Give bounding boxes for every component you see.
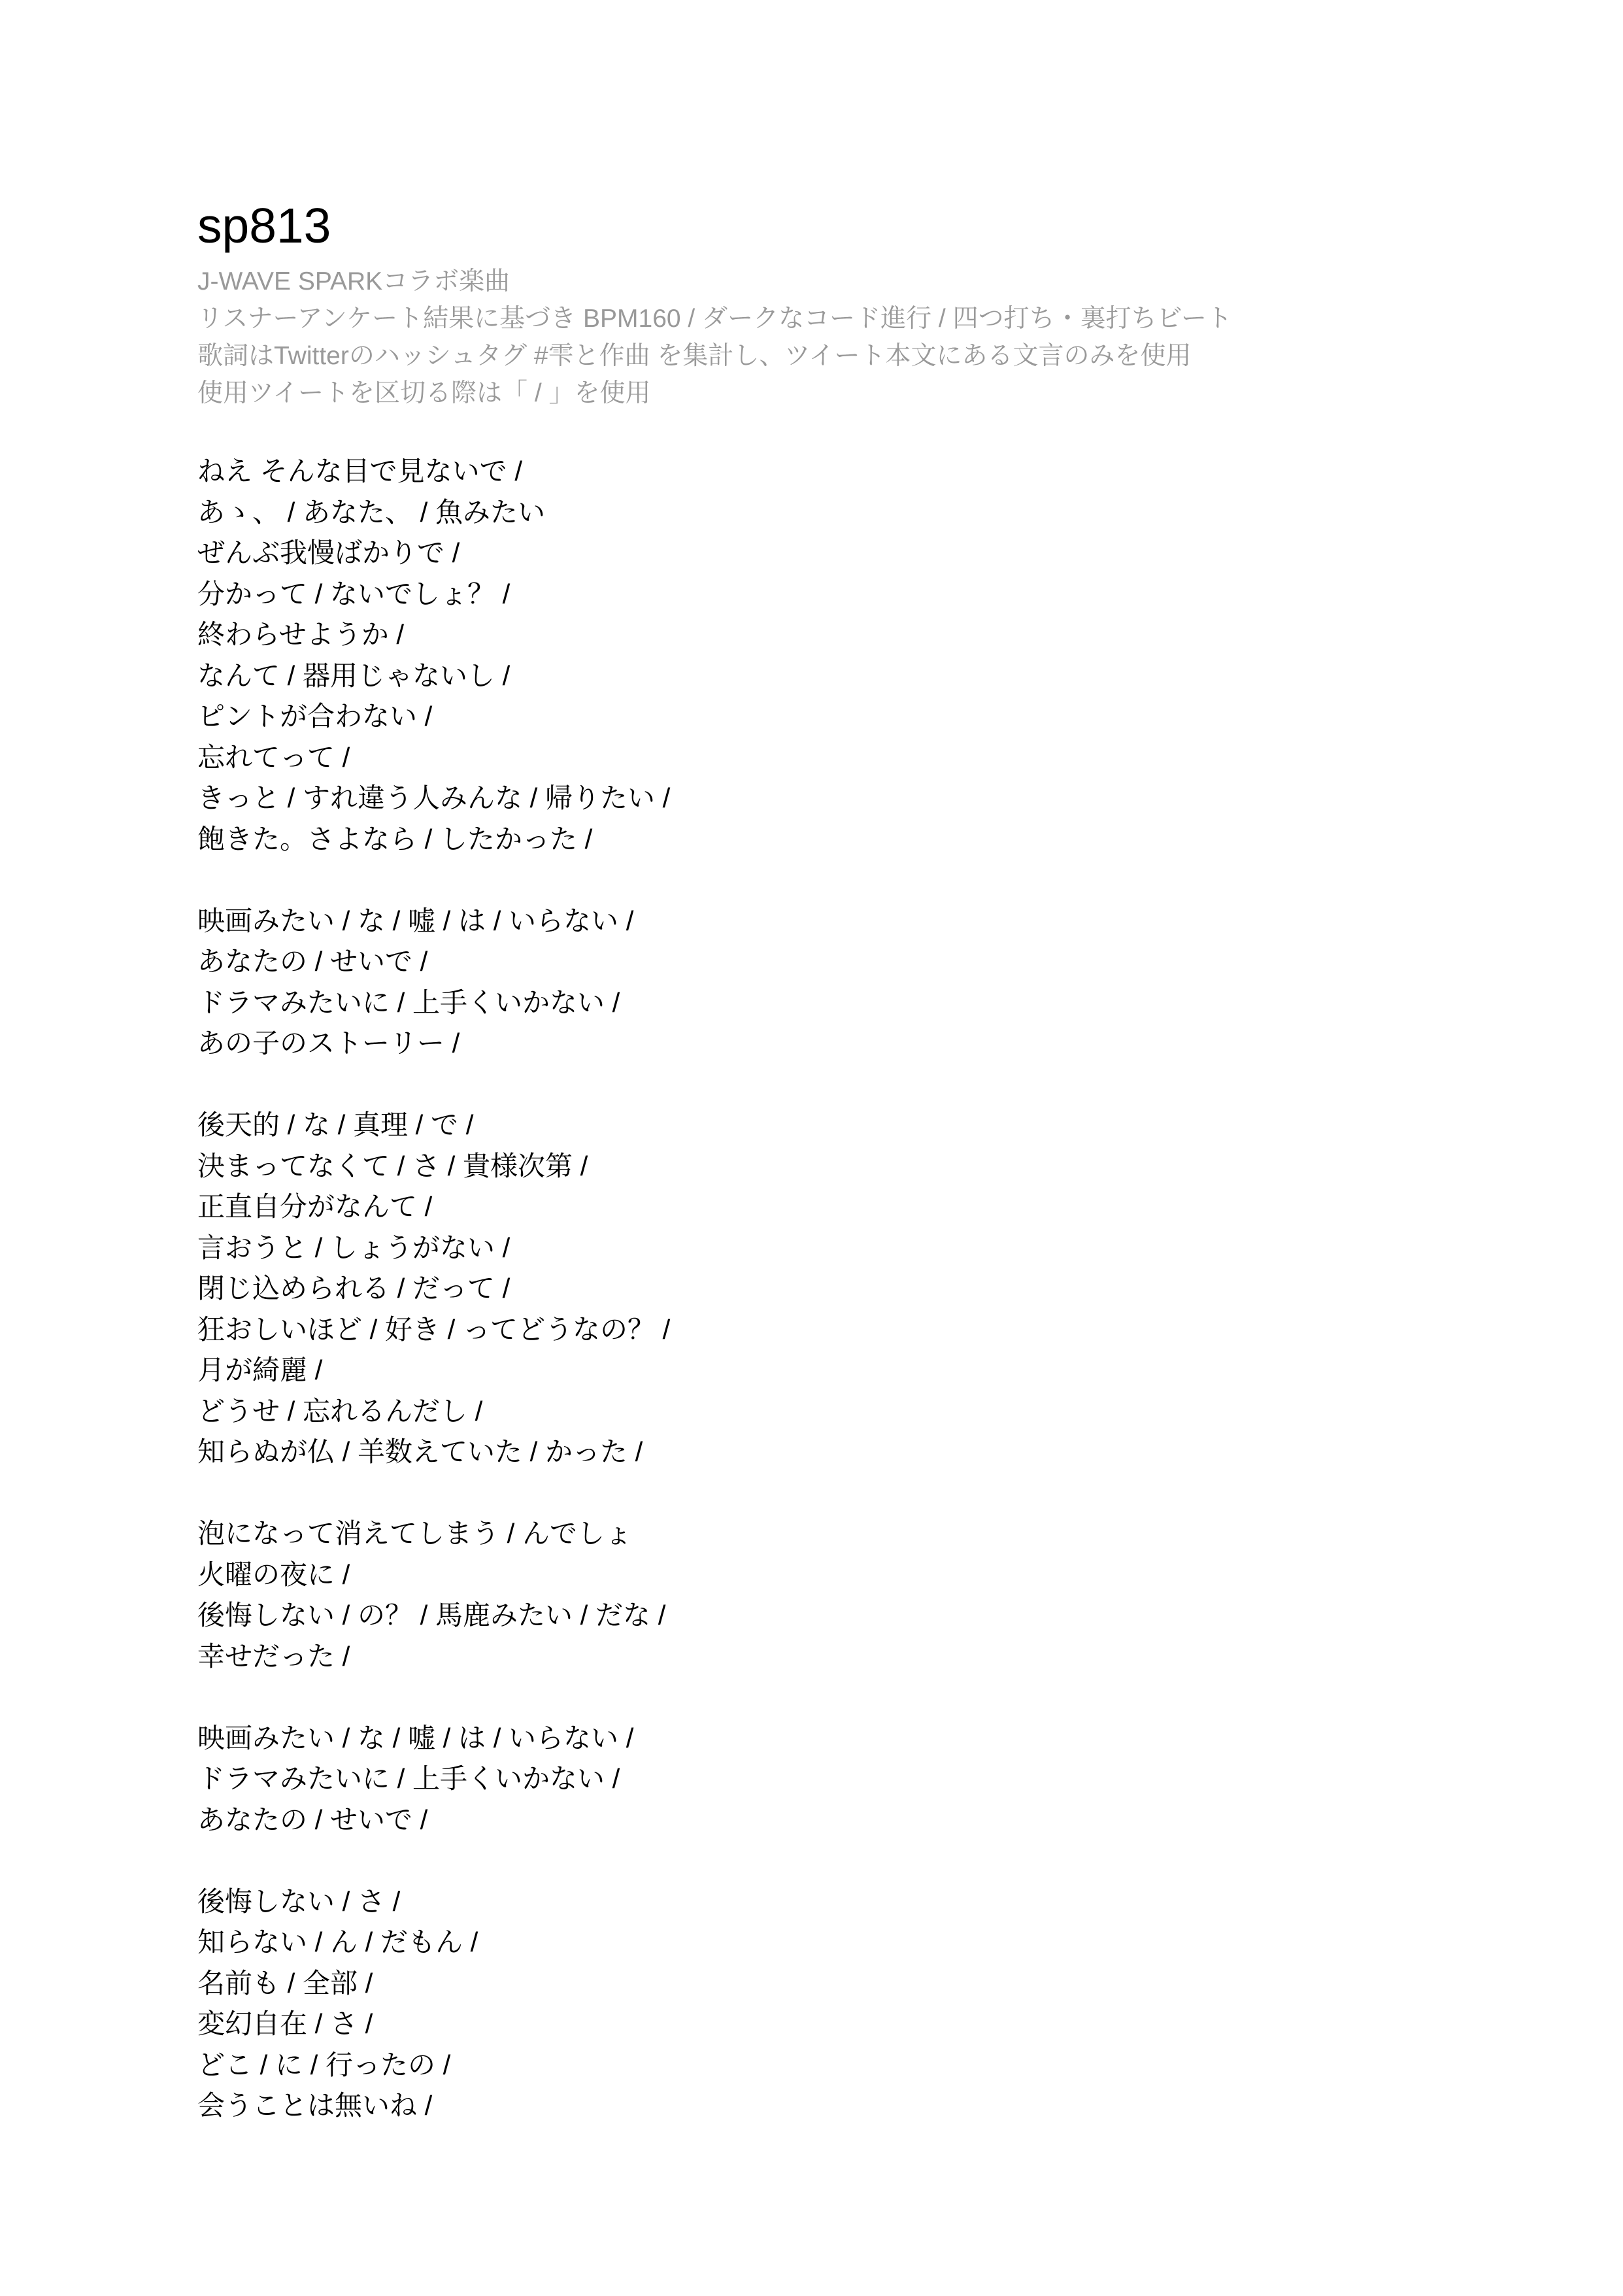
lyric-line: 月が綺麗 / — [197, 1350, 670, 1391]
lyric-line: 狂おしいほど / 好き / ってどうなの？ / — [197, 1309, 670, 1351]
lyric-line: 知らぬが仏 / 羊数えていた / かった / — [197, 1432, 670, 1473]
lyric-line: ぜんぶ我慢ばかりで / — [197, 533, 670, 574]
lyric-line: 後天的 / な / 真理 / で / — [197, 1105, 670, 1146]
document-title: sp813 — [197, 196, 331, 255]
lyric-line: 分かって / ないでしょ？ / — [197, 574, 670, 615]
lyric-line: 後悔しない / さ / — [197, 1882, 670, 1923]
lyric-line: ねえ そんな目で見ないで / — [197, 451, 670, 492]
lyric-line: 決まってなくて / さ / 貴様次第 / — [197, 1146, 670, 1187]
lyrics-body: ねえ そんな目で見ないで / あゝ、 / あなた、 / 魚みたい ぜんぶ我慢ばか… — [197, 451, 670, 2167]
lyric-line: ドラマみたいに / 上手くいかない / — [197, 1759, 670, 1800]
lyric-line: きっと / すれ違う人みんな / 帰りたい / — [197, 778, 670, 819]
stanza-2: 映画みたい / な / 嘘 / は / いらない / あなたの / せいで / … — [197, 901, 670, 1064]
stanza-5: 映画みたい / な / 嘘 / は / いらない / ドラマみたいに / 上手く… — [197, 1718, 670, 1841]
lyric-line: あなたの / せいで / — [197, 941, 670, 983]
lyric-line: 言おうと / しょうがない / — [197, 1228, 670, 1269]
lyric-line: どこ / に / 行ったの / — [197, 2045, 670, 2086]
lyric-line: 後悔しない / の？ / 馬鹿みたい / だな / — [197, 1595, 670, 1636]
description-line-separator-note: 使用ツイートを区切る際は「 / 」を使用 — [197, 375, 1232, 412]
description-line-lyrics-source: 歌詞はTwitterのハッシュタグ #雫と作曲 を集計し、ツイート本文にある文言… — [197, 337, 1232, 375]
stanza-6: 後悔しない / さ / 知らない / ん / だもん / 名前も / 全部 / … — [197, 1882, 670, 2127]
lyric-line: なんて / 器用じゃないし / — [197, 656, 670, 697]
lyric-line: 知らない / ん / だもん / — [197, 1922, 670, 1963]
lyric-line: あなたの / せいで / — [197, 1800, 670, 1841]
lyric-line: ドラマみたいに / 上手くいかない / — [197, 983, 670, 1024]
lyric-line: あの子のストーリー / — [197, 1023, 670, 1064]
lyric-line: 名前も / 全部 / — [197, 1963, 670, 2004]
lyric-line: どうせ / 忘れるんだし / — [197, 1391, 670, 1432]
lyric-line: 映画みたい / な / 嘘 / は / いらない / — [197, 1718, 670, 1759]
lyric-line: 飽きた。さよなら / したかった / — [197, 819, 670, 860]
stanza-3: 後天的 / な / 真理 / で / 決まってなくて / さ / 貴様次第 / … — [197, 1105, 670, 1473]
stanza-1: ねえ そんな目で見ないで / あゝ、 / あなた、 / 魚みたい ぜんぶ我慢ばか… — [197, 451, 670, 860]
lyric-line: 忘れてって / — [197, 737, 670, 779]
stanza-4: 泡になって消えてしまう / んでしょ 火曜の夜に / 後悔しない / の？ / … — [197, 1513, 670, 1677]
lyric-line: あゝ、 / あなた、 / 魚みたい — [197, 492, 670, 533]
lyric-line: 変幻自在 / さ / — [197, 2004, 670, 2045]
description-line-survey: リスナーアンケート結果に基づき BPM160 / ダークなコード進行 / 四つ打… — [197, 300, 1232, 337]
lyric-line: 映画みたい / な / 嘘 / は / いらない / — [197, 901, 670, 942]
lyric-line: ピントが合わない / — [197, 696, 670, 737]
lyric-line: 幸せだった / — [197, 1636, 670, 1678]
lyric-line: 会うことは無いね / — [197, 2085, 670, 2127]
lyric-line: 火曜の夜に / — [197, 1555, 670, 1596]
description-line-collab: J-WAVE SPARKコラボ楽曲 — [197, 263, 1232, 300]
lyric-line: 泡になって消えてしまう / んでしょ — [197, 1513, 670, 1555]
lyric-line: 正直自分がなんて / — [197, 1187, 670, 1228]
lyric-line: 閉じ込められる / だって / — [197, 1268, 670, 1309]
lyric-line: 終わらせようか / — [197, 615, 670, 656]
song-description: J-WAVE SPARKコラボ楽曲 リスナーアンケート結果に基づき BPM160… — [197, 263, 1232, 412]
